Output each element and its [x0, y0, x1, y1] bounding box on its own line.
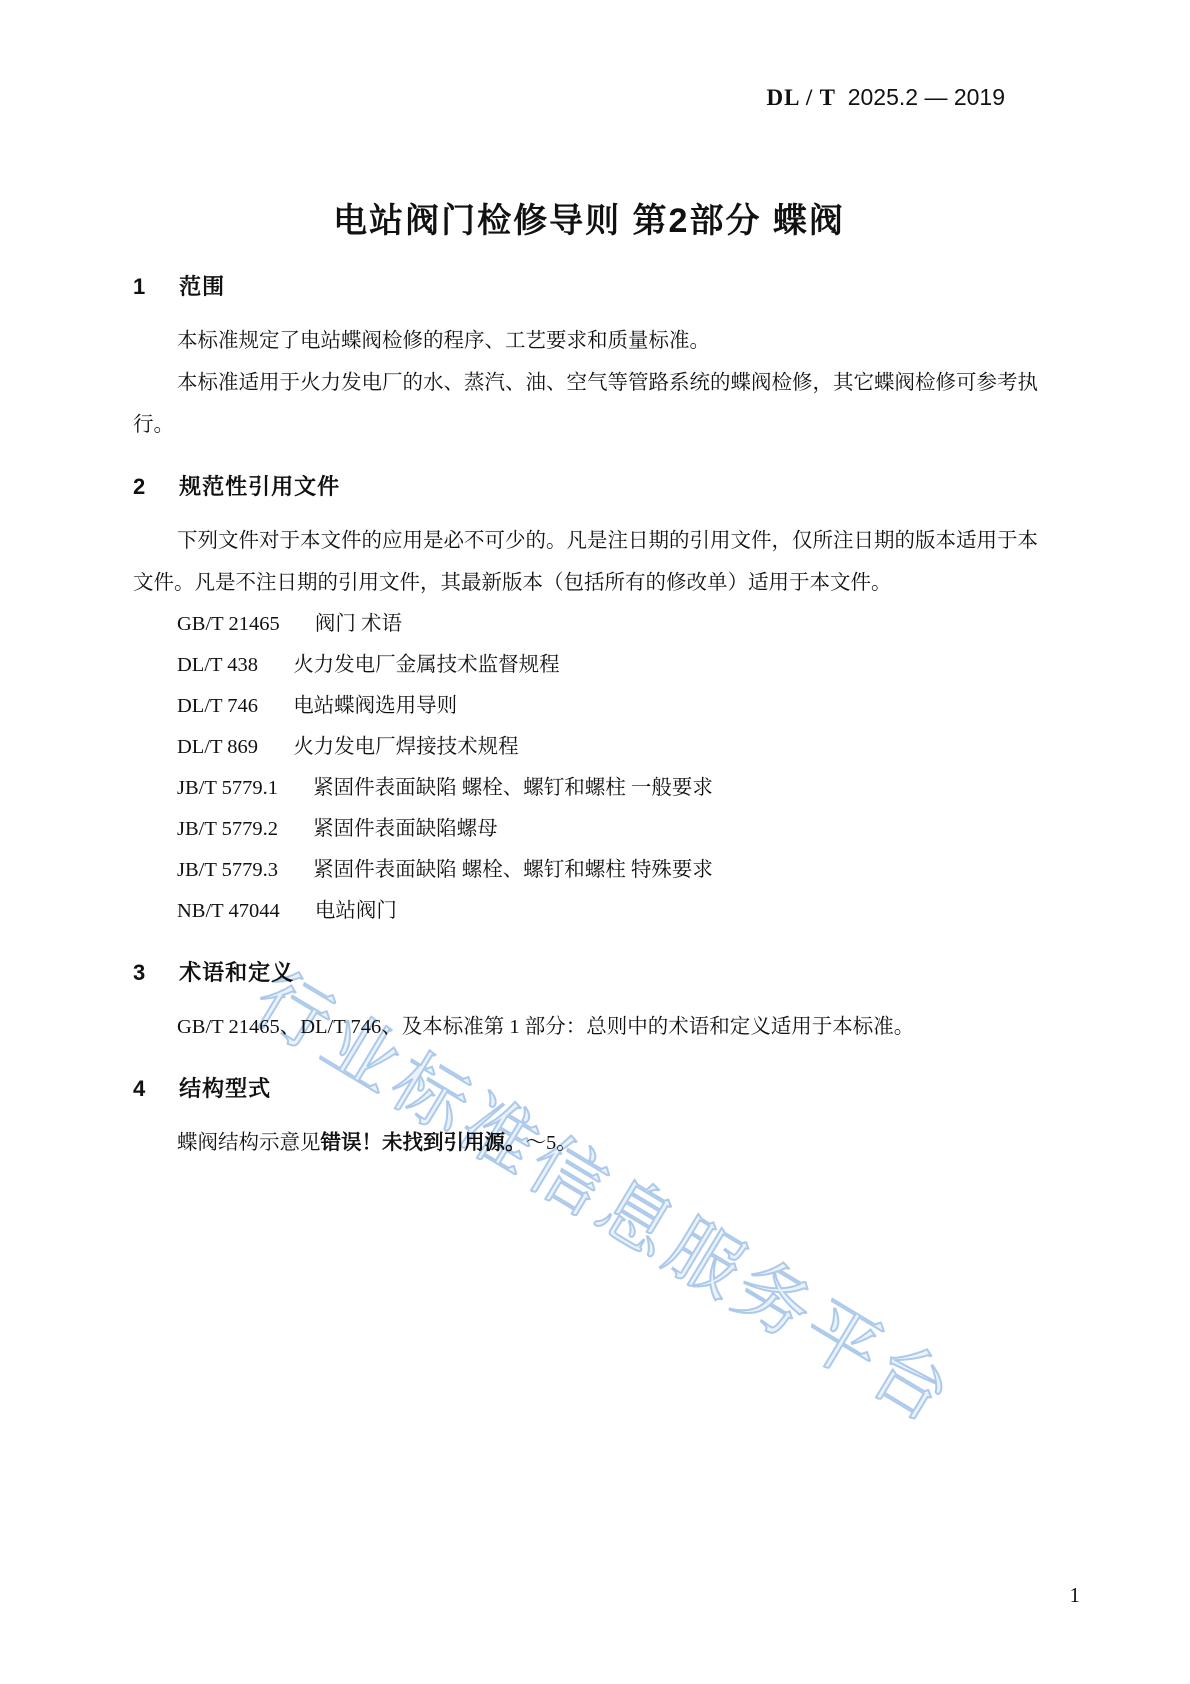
section-1-paragraph-2: 本标准适用于火力发电厂的水、蒸汽、油、空气等管路系统的蝶阀检修，其它蝶阀检修可参…	[133, 362, 1045, 446]
normative-reference-list: GB/T 21465 阀门 术语 DL/T 438 火力发电厂金属技术监督规程 …	[133, 604, 1045, 932]
list-item: JB/T 5779.1 紧固件表面缺陷 螺栓、螺钉和螺柱 一般要求	[133, 768, 1045, 809]
reference-code: GB/T 21465	[177, 613, 280, 635]
list-item: JB/T 5779.3 紧固件表面缺陷 螺栓、螺钉和螺柱 特殊要求	[133, 850, 1045, 891]
reference-code: JB/T 5779.1	[177, 777, 278, 799]
list-item: NB/T 47044 电站阀门	[133, 891, 1045, 932]
list-item: JB/T 5779.2 紧固件表面缺陷螺母	[133, 809, 1045, 850]
section-1-heading: 1 范围	[133, 272, 1045, 302]
error-reference-field: 错误！未找到引用源。	[321, 1132, 526, 1154]
section-2-intro-line-2: 文件。凡是不注日期的引用文件，其最新版本（包括所有的修改单）适用于本文件。	[133, 562, 1045, 604]
list-item: DL/T 746 电站蝶阀选用导则	[133, 686, 1045, 727]
doc-code-number: 2025.2 — 2019	[848, 84, 1005, 110]
section-2-intro-line-1: 下列文件对于本文件的应用是必不可少的。凡是注日期的引用文件，仅所注日期的版本适用…	[133, 520, 1045, 562]
section-4-paragraph-suffix: ～5。	[526, 1132, 577, 1154]
section-3-heading: 3 术语和定义	[133, 958, 1045, 988]
section-1-paragraph-2-line-2: 行。	[133, 404, 1045, 446]
reference-title: 电站阀门	[315, 900, 397, 922]
section-2-label: 规范性引用文件	[179, 474, 340, 499]
section-3-number: 3	[133, 958, 147, 988]
section-1-label: 范围	[179, 274, 225, 299]
reference-code: DL/T 869	[177, 736, 258, 758]
reference-code: NB/T 47044	[177, 900, 280, 922]
list-item: GB/T 21465 阀门 术语	[133, 604, 1045, 645]
section-4-paragraph-1: 蝶阀结构示意见错误！未找到引用源。～5。	[133, 1122, 1045, 1164]
document-content: 电站阀门检修导则 第2部分 蝶阀 1 范围 本标准规定了电站蝶阀检修的程序、工艺…	[133, 196, 1045, 1164]
section-4-number: 4	[133, 1074, 147, 1104]
reference-title: 紧固件表面缺陷 螺栓、螺钉和螺柱 特殊要求	[313, 859, 713, 881]
section-4-paragraph-text: 蝶阀结构示意见	[177, 1132, 321, 1154]
header-doc-code: DL / T 2025.2 — 2019	[766, 84, 1005, 111]
reference-title: 紧固件表面缺陷 螺栓、螺钉和螺柱 一般要求	[313, 777, 713, 799]
reference-title: 电站蝶阀选用导则	[293, 695, 457, 717]
document-title: 电站阀门检修导则 第2部分 蝶阀	[133, 196, 1045, 246]
list-item: DL/T 438 火力发电厂金属技术监督规程	[133, 645, 1045, 686]
reference-title: 阀门 术语	[315, 613, 402, 635]
section-4-label: 结构型式	[179, 1076, 271, 1101]
reference-code: DL/T 746	[177, 695, 258, 717]
document-page: DL / T 2025.2 — 2019 行业标准信息服务平台 电站阀门检修导则…	[0, 0, 1190, 1684]
list-item: DL/T 869 火力发电厂焊接技术规程	[133, 727, 1045, 768]
reference-title: 火力发电厂金属技术监督规程	[293, 654, 560, 676]
reference-title: 火力发电厂焊接技术规程	[293, 736, 519, 758]
section-1-number: 1	[133, 272, 147, 302]
doc-code-prefix: DL / T	[766, 85, 836, 110]
section-3-paragraph-1: GB/T 21465、DL/T 746、及本标准第 1 部分：总则中的术语和定义…	[133, 1006, 1045, 1048]
reference-title: 紧固件表面缺陷螺母	[313, 818, 498, 840]
section-2-intro-paragraph: 下列文件对于本文件的应用是必不可少的。凡是注日期的引用文件，仅所注日期的版本适用…	[133, 520, 1045, 604]
reference-code: DL/T 438	[177, 654, 258, 676]
section-2-number: 2	[133, 472, 147, 502]
section-4-heading: 4 结构型式	[133, 1074, 1045, 1104]
page-number: 1	[1070, 1583, 1081, 1608]
section-2-heading: 2 规范性引用文件	[133, 472, 1045, 502]
reference-code: JB/T 5779.2	[177, 818, 278, 840]
section-3-label: 术语和定义	[179, 960, 294, 985]
section-1-paragraph-2-line-1: 本标准适用于火力发电厂的水、蒸汽、油、空气等管路系统的蝶阀检修，其它蝶阀检修可参…	[133, 362, 1045, 404]
section-1-paragraph-1: 本标准规定了电站蝶阀检修的程序、工艺要求和质量标准。	[133, 320, 1045, 362]
reference-code: JB/T 5779.3	[177, 859, 278, 881]
